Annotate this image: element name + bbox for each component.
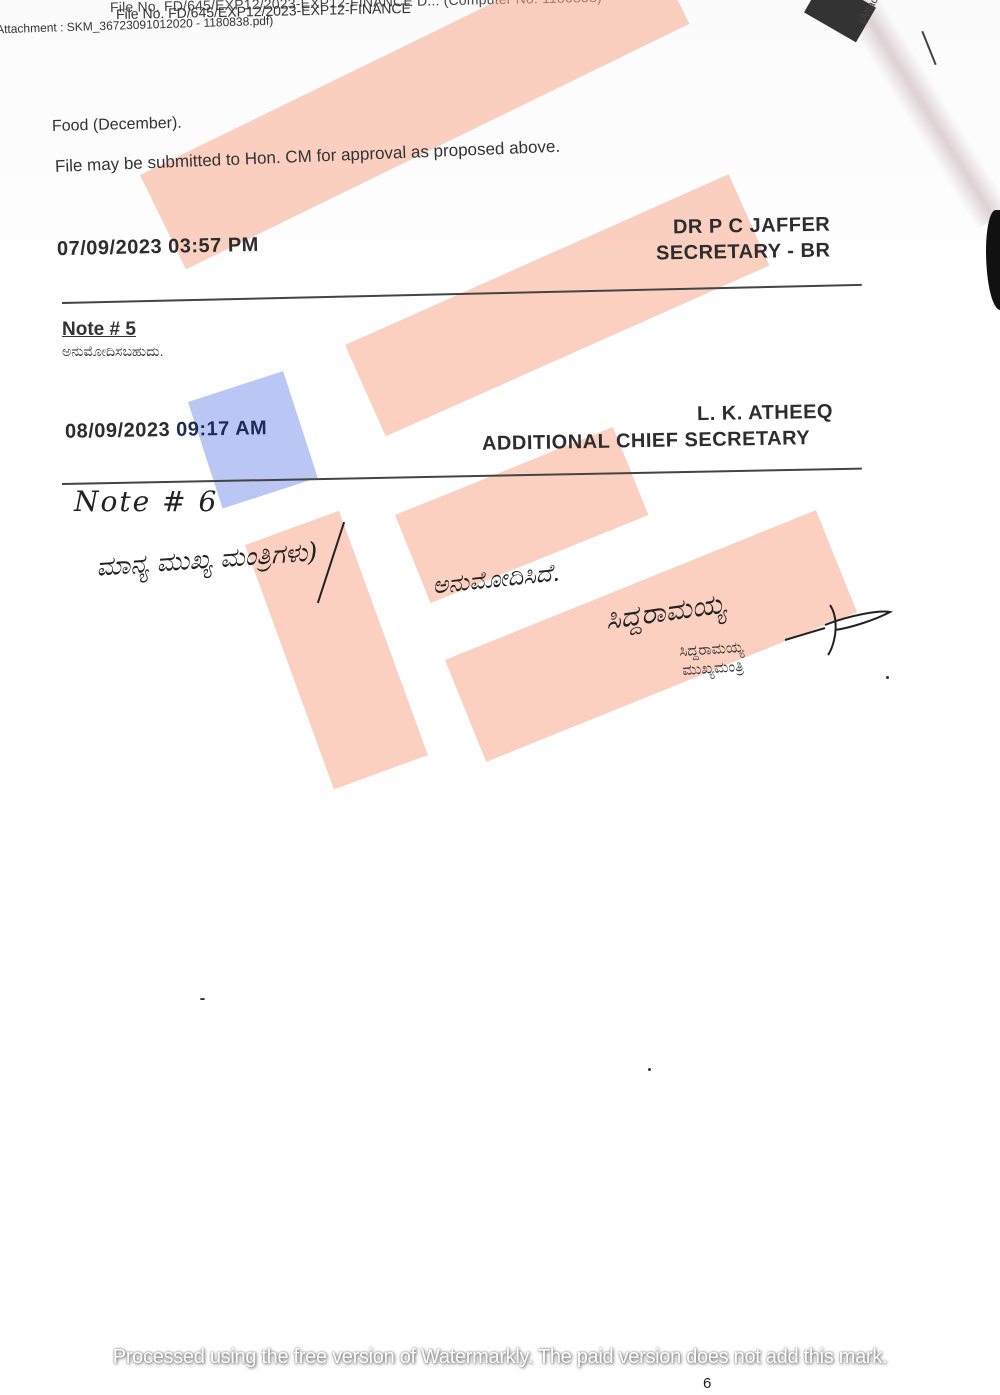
scan-speck: [200, 998, 205, 1000]
signature-flourish: [780, 600, 895, 660]
entry-2-timestamp: 08/09/2023 09:17 AM: [65, 417, 268, 444]
page-number: 6: [703, 1375, 711, 1392]
entry-2-time: 09:17 AM: [176, 417, 267, 441]
note-5-heading: Note # 5: [62, 319, 136, 341]
entry-1-timestamp: 07/09/2023 03:57 PM: [57, 234, 259, 261]
scan-speck: [648, 1068, 651, 1071]
note-5-text: ಅನುಮೋದಿಸಬಹುದು.: [62, 343, 163, 360]
entry-1-signatory-name: DR P C JAFFER: [673, 214, 831, 240]
scan-speck: [886, 676, 889, 679]
entry-1-signatory-title: SECRETARY - BR: [656, 239, 831, 265]
note-6-heading: Note # 6: [74, 485, 218, 518]
body-line-food: Food (December).: [52, 115, 182, 136]
entry-2-signatory-name: L. K. ATHEEQ: [697, 401, 833, 426]
entry-2-date: 08/09/2023: [65, 419, 170, 443]
watermark-footer-text: Processed using the free version of Wate…: [0, 1346, 1000, 1369]
cm-stamp: ಸಿದ್ದರಾಮಯ್ಯ ಮುಖ್ಯಮಂತ್ರಿ: [679, 638, 746, 680]
